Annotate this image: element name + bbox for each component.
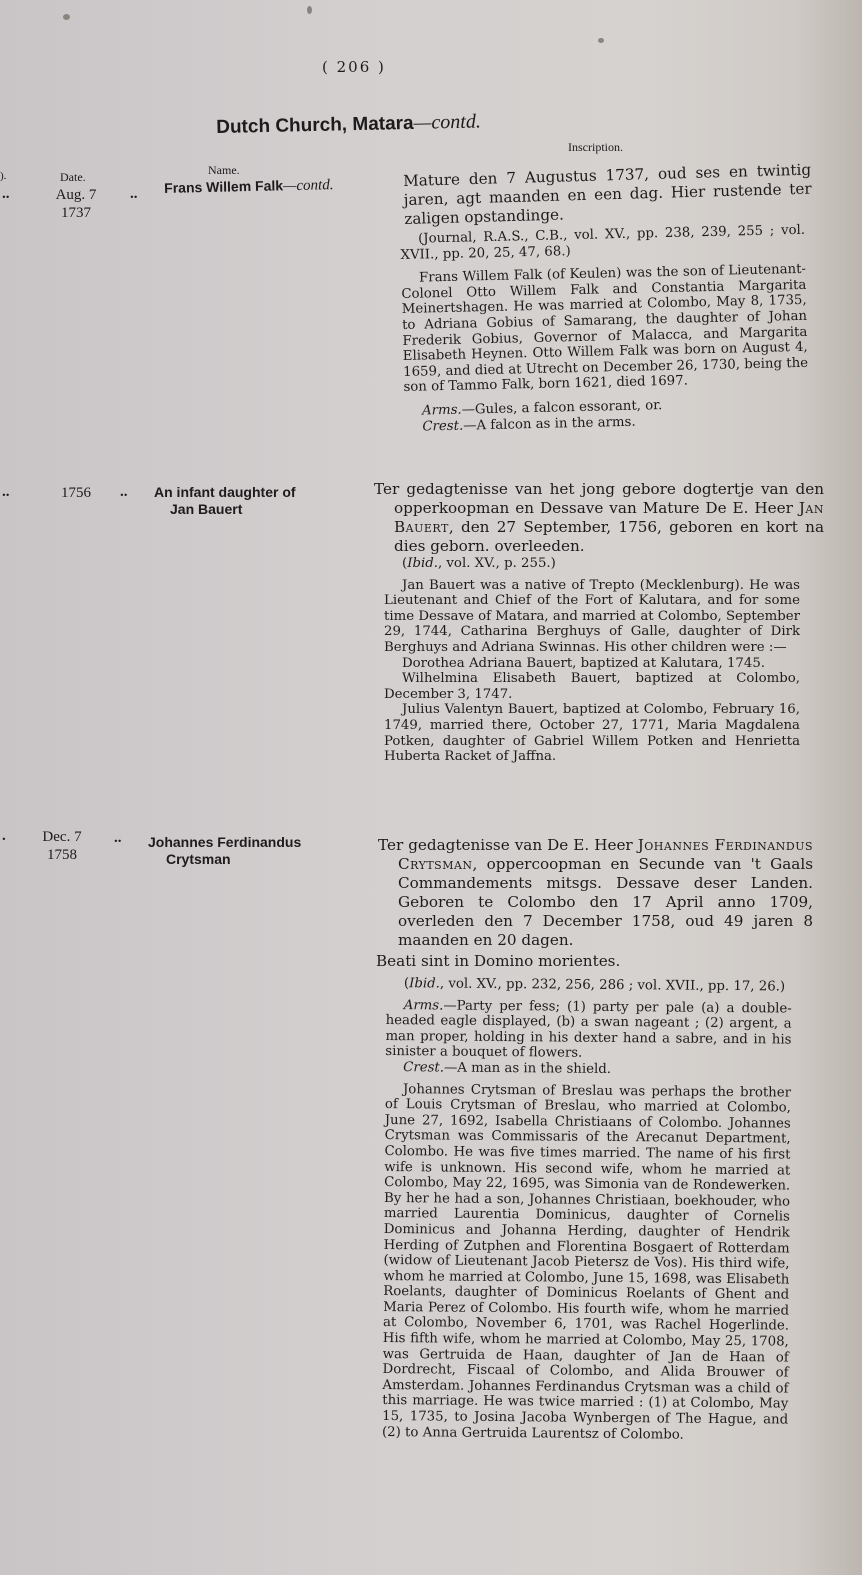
source-reference: (Journal, R.A.S., C.B., vol. XV., pp. 23… <box>400 223 806 263</box>
heading-title: Dutch Church, Matara <box>216 113 414 138</box>
inscription-text: Ter gedagtenisse van De E. Heer Johannes… <box>378 836 813 950</box>
name-line-2: Crytsman <box>148 851 301 868</box>
inscription-text: Mature den 7 Augustus 1737, oud ses en t… <box>403 161 812 229</box>
name-line-2: Jan Bauert <box>154 501 296 518</box>
inscription-text: Ter gedagtenisse van het jong gebore dog… <box>374 480 824 556</box>
arms-label: Arms. <box>404 998 444 1013</box>
left-margin-mark: .. <box>2 484 10 501</box>
ibid: Ibid. <box>407 556 438 571</box>
column-header-inscription: Inscription. <box>568 140 623 155</box>
arms-label: Arms. <box>422 403 462 419</box>
biography: Frans Willem Falk (of Keulen) was the so… <box>401 262 809 396</box>
date-day: Aug. 7 <box>48 186 104 204</box>
name-contd: —contd. <box>283 177 334 194</box>
reference-text: , vol. XV., pp. 232, 256, 286 ; vol. XVI… <box>440 976 785 994</box>
column-header-name: Name. <box>208 163 240 178</box>
entry-notes: (Ibid., vol. XV., pp. 232, 256, 286 ; vo… <box>382 976 792 1444</box>
leader-dots: .. <box>120 484 128 501</box>
paper-blemish <box>307 6 312 14</box>
date-year: 1737 <box>48 204 104 222</box>
column-header-no: ). <box>0 170 6 182</box>
date-year: 1758 <box>34 846 90 864</box>
biography: Jan Bauert was a native of Trepto (Meckl… <box>384 578 800 656</box>
paper-blemish <box>63 14 70 20</box>
name-line-1: Johannes Ferdinandus <box>148 834 301 851</box>
book-page: ( 206 ) Dutch Church, Matara—contd. ). D… <box>0 0 862 1575</box>
entry-date: Dec. 7 1758 <box>34 828 90 864</box>
crest-text: —A man as in the shield. <box>444 1060 611 1076</box>
left-margin-mark: .. <box>2 186 10 203</box>
entry-notes: (Ibid., vol. XV., p. 255.) Jan Bauert wa… <box>384 556 800 765</box>
left-margin-mark: . <box>2 828 6 845</box>
reference-text: , vol. XV., p. 255.) <box>438 556 556 571</box>
column-header-date: Date. <box>60 170 86 185</box>
inscription-part: , den 27 September, 1756, geboren en kor… <box>394 518 824 555</box>
entry-date: Aug. 7 1737 <box>48 186 104 222</box>
ibid: Ibid. <box>409 976 440 991</box>
child-2: Wilhelmina Elisabeth Bauert, baptized at… <box>384 671 800 702</box>
crest-label: Crest. <box>403 1060 444 1075</box>
entry-name: An infant daughter of Jan Bauert <box>154 484 296 518</box>
source-reference: (Ibid., vol. XV., p. 255.) <box>384 556 800 572</box>
entry-date: 1756 <box>48 484 104 502</box>
heading-contd: —contd. <box>413 110 481 133</box>
name-text: Frans Willem Falk <box>164 177 283 196</box>
date-day: Dec. 7 <box>34 828 90 846</box>
date-year: 1756 <box>48 484 104 502</box>
leader-dots: .. <box>114 830 122 847</box>
paper-blemish <box>598 38 604 43</box>
section-heading: Dutch Church, Matara—contd. <box>216 110 481 139</box>
child-3: Julius Valentyn Bauert, baptized at Colo… <box>384 702 800 764</box>
name-line-1: An infant daughter of <box>154 484 296 501</box>
entry-name: Frans Willem Falk—contd. <box>164 176 334 198</box>
inscription-part: Ter gedagtenisse van het jong gebore dog… <box>374 480 824 517</box>
leader-dots: .. <box>130 186 138 203</box>
biography: Johannes Crytsman of Breslau was perhaps… <box>382 1082 791 1444</box>
page-number: ( 206 ) <box>322 58 386 76</box>
inscription-motto: Beati sint in Domino morientes. <box>376 952 796 971</box>
crest-label: Crest. <box>422 418 463 434</box>
arms-line: Arms.—Party per fess; (1) party per pale… <box>385 998 792 1064</box>
arms-text: —Party per fess; (1) party per pale (a) … <box>385 998 792 1061</box>
entry-name: Johannes Ferdinandus Crytsman <box>148 834 301 868</box>
entry-notes: (Journal, R.A.S., C.B., vol. XV., pp. 23… <box>400 223 810 435</box>
crest-line: Crest.—A man as in the shield. <box>385 1060 791 1079</box>
inscription-part: Ter gedagtenisse van De E. Heer <box>378 836 638 854</box>
source-reference: (Ibid., vol. XV., pp. 232, 256, 286 ; vo… <box>386 976 792 995</box>
crest-text: —A falcon as in the arms. <box>463 414 636 433</box>
child-1: Dorothea Adriana Bauert, baptized at Kal… <box>384 656 800 672</box>
